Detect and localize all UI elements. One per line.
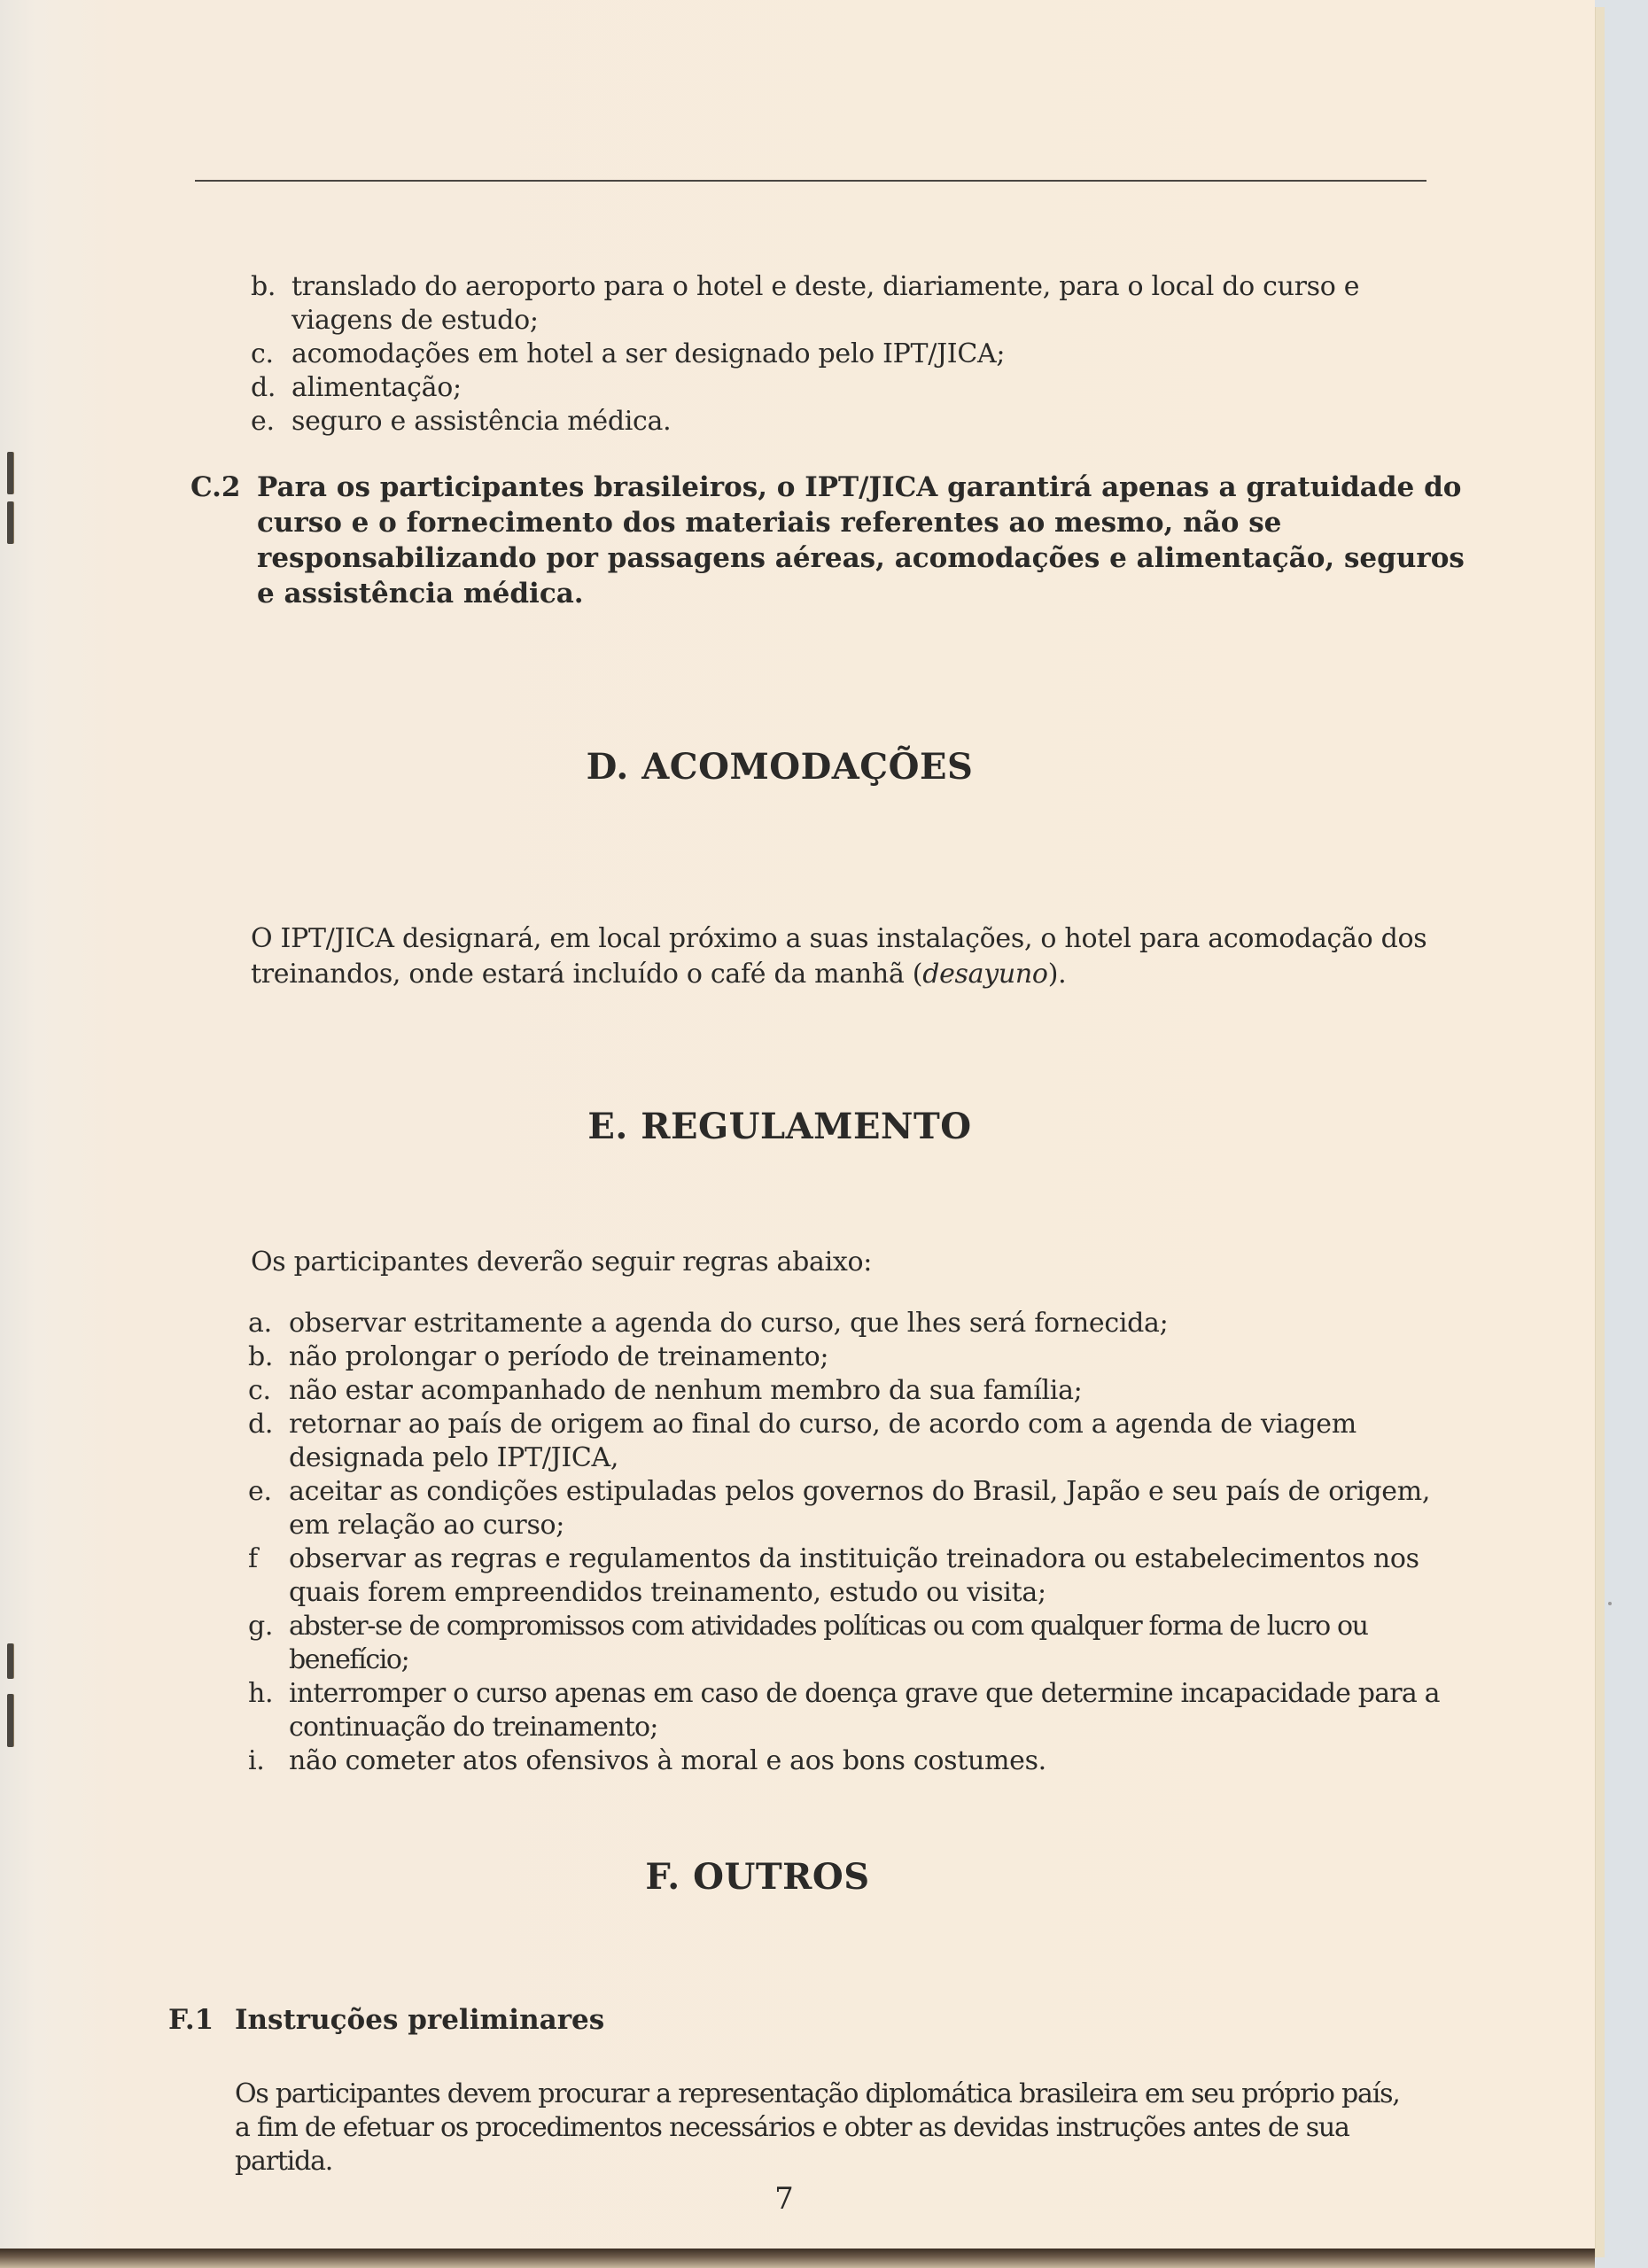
rule-item: c. não estar acompanhado de nenhum membr… <box>248 1374 1440 1408</box>
section-e-title: E. REGULAMENTO <box>0 1106 1559 1147</box>
rule-text: observar estritamente a agenda do curso,… <box>289 1308 1168 1339</box>
staple-bottom-upper <box>7 1643 13 1679</box>
rule-item: h. interromper o curso apenas em caso de… <box>248 1677 1440 1744</box>
list-marker: e. <box>251 405 275 439</box>
section-f-title: F. OUTROS <box>0 1856 1537 1898</box>
f1-heading: F.1Instruções preliminares <box>168 2004 604 2036</box>
list-text: acomodações em hotel a ser designado pel… <box>292 338 1005 369</box>
staple-top-upper <box>7 452 13 494</box>
rule-marker: b. <box>248 1340 273 1374</box>
page-bottom-shadow <box>0 2249 1595 2268</box>
page-edge <box>1595 7 1605 2257</box>
rule-marker: f <box>248 1542 258 1576</box>
rule-item: e. aceitar as condições estipuladas pelo… <box>248 1475 1440 1542</box>
rule-item: g. abster-se de compromissos com ativida… <box>248 1610 1440 1677</box>
c2-text: Para os participantes brasileiros, o IPT… <box>257 471 1465 610</box>
rule-text: interromper o curso apenas em caso de do… <box>289 1678 1440 1743</box>
list-text: seguro e assistência médica. <box>292 406 671 437</box>
section-d-text-end: ). <box>1048 959 1067 990</box>
staple-bottom-lower <box>7 1694 13 1747</box>
section-d-text: O IPT/JICA designará, em local próximo a… <box>251 923 1426 990</box>
list-item: b. translado do aeroporto para o hotel e… <box>251 270 1434 338</box>
rule-text: não prolongar o período de treinamento; <box>289 1341 828 1372</box>
c2-paragraph: C.2 Para os participantes brasileiros, o… <box>190 470 1480 611</box>
rule-marker: i. <box>248 1744 265 1778</box>
section-e-intro: Os participantes deverão seguir regras a… <box>251 1245 1434 1280</box>
f1-number: F.1 <box>168 2004 235 2036</box>
list-marker: b. <box>251 270 276 304</box>
f1-paragraph: Os participantes devem procurar a repres… <box>235 2078 1409 2179</box>
rules-list: a. observar estritamente a agenda do cur… <box>248 1307 1440 1778</box>
list-text: translado do aeroporto para o hotel e de… <box>292 271 1359 336</box>
rule-text: abster-se de compromissos com atividades… <box>289 1611 1368 1675</box>
staple-top-lower <box>7 501 13 544</box>
list-item: c. acomodações em hotel a ser designado … <box>251 338 1434 371</box>
section-d-paragraph: O IPT/JICA designará, em local próximo a… <box>251 921 1434 992</box>
section-d-title: D. ACOMODAÇÕES <box>0 746 1559 788</box>
rule-text: observar as regras e regulamentos da ins… <box>289 1543 1419 1608</box>
header-rule <box>195 180 1426 182</box>
list-item: d. alimentação; <box>251 371 1434 405</box>
rule-item: i. não cometer atos ofensivos à moral e … <box>248 1744 1440 1778</box>
list-marker: d. <box>251 371 276 405</box>
continuation-list: b. translado do aeroporto para o hotel e… <box>251 270 1434 439</box>
rule-text: não cometer atos ofensivos à moral e aos… <box>289 1745 1046 1776</box>
list-text: alimentação; <box>292 372 462 403</box>
rule-text: retornar ao país de origem ao final do c… <box>289 1409 1356 1473</box>
rule-item: a. observar estritamente a agenda do cur… <box>248 1307 1440 1340</box>
rule-marker: e. <box>248 1475 272 1509</box>
rule-text: aceitar as condições estipuladas pelos g… <box>289 1476 1430 1541</box>
rule-marker: g. <box>248 1610 273 1643</box>
rule-marker: h. <box>248 1677 273 1711</box>
rule-marker: c. <box>248 1374 271 1408</box>
rule-item: d. retornar ao país de origem ao final d… <box>248 1408 1440 1475</box>
rule-text: não estar acompanhado de nenhum membro d… <box>289 1375 1082 1406</box>
list-item: e. seguro e assistência médica. <box>251 405 1434 439</box>
page-number: 7 <box>0 2181 1568 2217</box>
f1-title: Instruções preliminares <box>235 2004 604 2036</box>
scanned-page: b. translado do aeroporto para o hotel e… <box>0 0 1595 2257</box>
rule-marker: d. <box>248 1408 273 1441</box>
list-marker: c. <box>251 338 274 371</box>
rule-item: b. não prolongar o período de treinament… <box>248 1340 1440 1374</box>
c2-number: C.2 <box>190 470 241 505</box>
rule-item: f observar as regras e regulamentos da i… <box>248 1542 1440 1610</box>
scan-speck <box>1608 1602 1612 1605</box>
rule-marker: a. <box>248 1307 272 1340</box>
italic-term: desayuno <box>922 959 1048 990</box>
